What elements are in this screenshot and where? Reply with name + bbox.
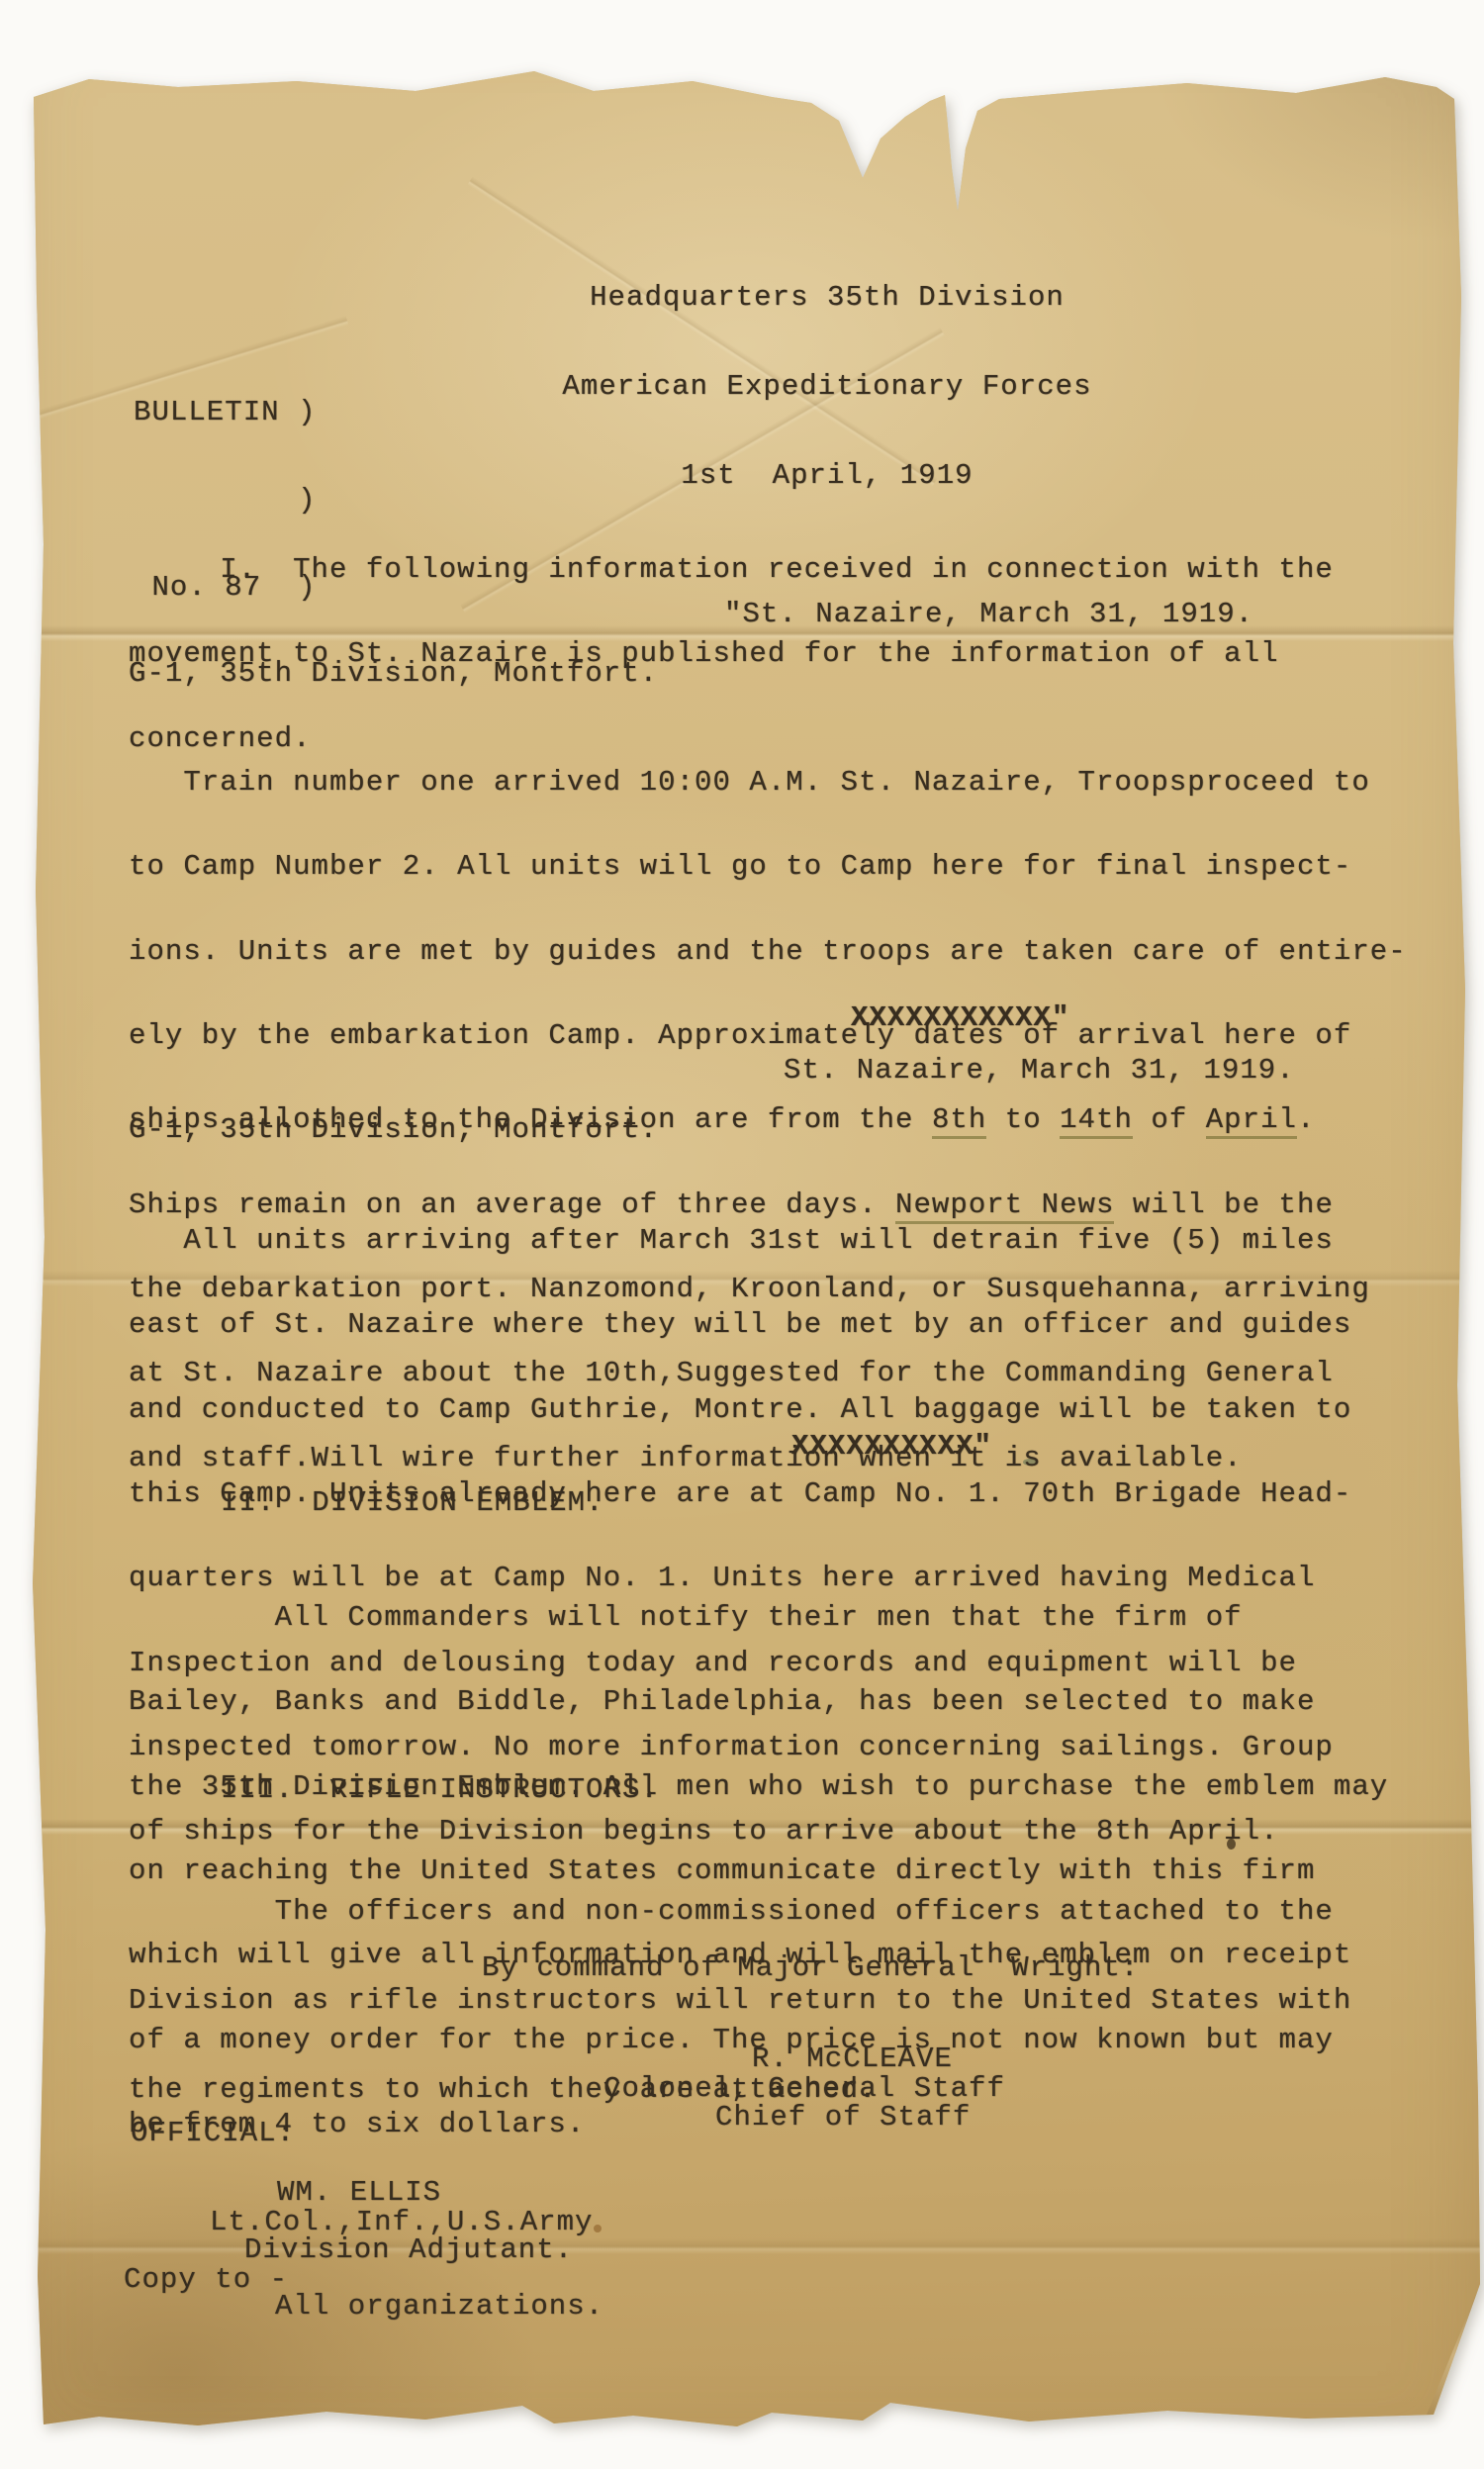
letterhead-unit: Headquarters 35th Division [550, 283, 1104, 313]
signature-title-1: Colonel, General Staff [603, 2075, 1005, 2103]
letterhead-org: American Expeditionary Forces [550, 372, 1104, 402]
bulletin-label: BULLETIN ) [134, 398, 317, 427]
addressee-2: G-1, 35th Division, Montfort. [129, 1116, 658, 1144]
letter-1-line: ely by the embarkation Camp. Approximate… [129, 1022, 1407, 1050]
letter-1-line: ions. Units are met by guides and the tr… [129, 938, 1407, 966]
adjutant-name: WM. ELLIS [277, 2179, 441, 2207]
dateline-1: "St. Nazaire, March 31, 1919. [724, 601, 1253, 628]
letterhead-date: 1st April, 1919 [550, 461, 1104, 491]
official-label: OFFICIAL: [131, 2120, 295, 2147]
section-3-line: The officers and non-commissioned office… [129, 1897, 1351, 1927]
folded-corner [1427, 2280, 1482, 2415]
adjutant-title: Division Adjutant. [244, 2236, 573, 2264]
text-segment: to [986, 1103, 1060, 1136]
underlined-text: 14th [1060, 1103, 1133, 1139]
copy-to-target: All organizations. [275, 2293, 603, 2321]
section-3-heading: III. RIFLE INSTRUCTORS. [221, 1776, 659, 1804]
letter-1-line: Train number one arrived 10:00 A.M. St. … [129, 769, 1407, 797]
by-command-line: By command of Major General Wright: [482, 1954, 1139, 1982]
letter-2-line: east of St. Nazaire where they will be m… [129, 1311, 1351, 1339]
paper-crease [0, 2238, 1484, 2254]
section-3-line: Division as rifle instructors will retur… [129, 1986, 1351, 2016]
signature-title-2: Chief of Staff [715, 2104, 971, 2132]
paper-sheet: Headquarters 35th Division American Expe… [0, 0, 1484, 2469]
section-2-line: All Commanders will notify their men tha… [129, 1604, 1388, 1632]
text-segment: . [1297, 1103, 1315, 1136]
dateline-2: St. Nazaire, March 31, 1919. [784, 1057, 1295, 1085]
signature-name: R. McCLEAVE [752, 2045, 953, 2073]
section-2-heading: II. DIVISION EMBLEM. [221, 1489, 604, 1517]
typed-separator-2: XXXXXXXXXX" [791, 1433, 992, 1461]
paper-speck [594, 2225, 602, 2232]
paragraph-1-line: I. The following information received in… [129, 556, 1334, 584]
letter-1-line: to Camp Number 2. All units will go to C… [129, 853, 1407, 881]
typed-separator-1: XXXXXXXXXXX" [851, 1004, 1069, 1032]
scanned-page-wrapper: Headquarters 35th Division American Expe… [0, 0, 1484, 2469]
text-segment: of [1133, 1103, 1206, 1136]
letter-2-line: and conducted to Camp Guthrie, Montre. A… [129, 1396, 1351, 1424]
letter-2-line: All units arriving after March 31st will… [129, 1227, 1351, 1255]
underlined-text: 8th [932, 1103, 986, 1139]
copy-to-label: Copy to - [124, 2266, 288, 2294]
underlined-text: April [1206, 1103, 1297, 1139]
addressee-1: G-1, 35th Division, Montfort. [129, 660, 658, 688]
section-2-line: Bailey, Banks and Biddle, Philadelphia, … [129, 1688, 1388, 1716]
